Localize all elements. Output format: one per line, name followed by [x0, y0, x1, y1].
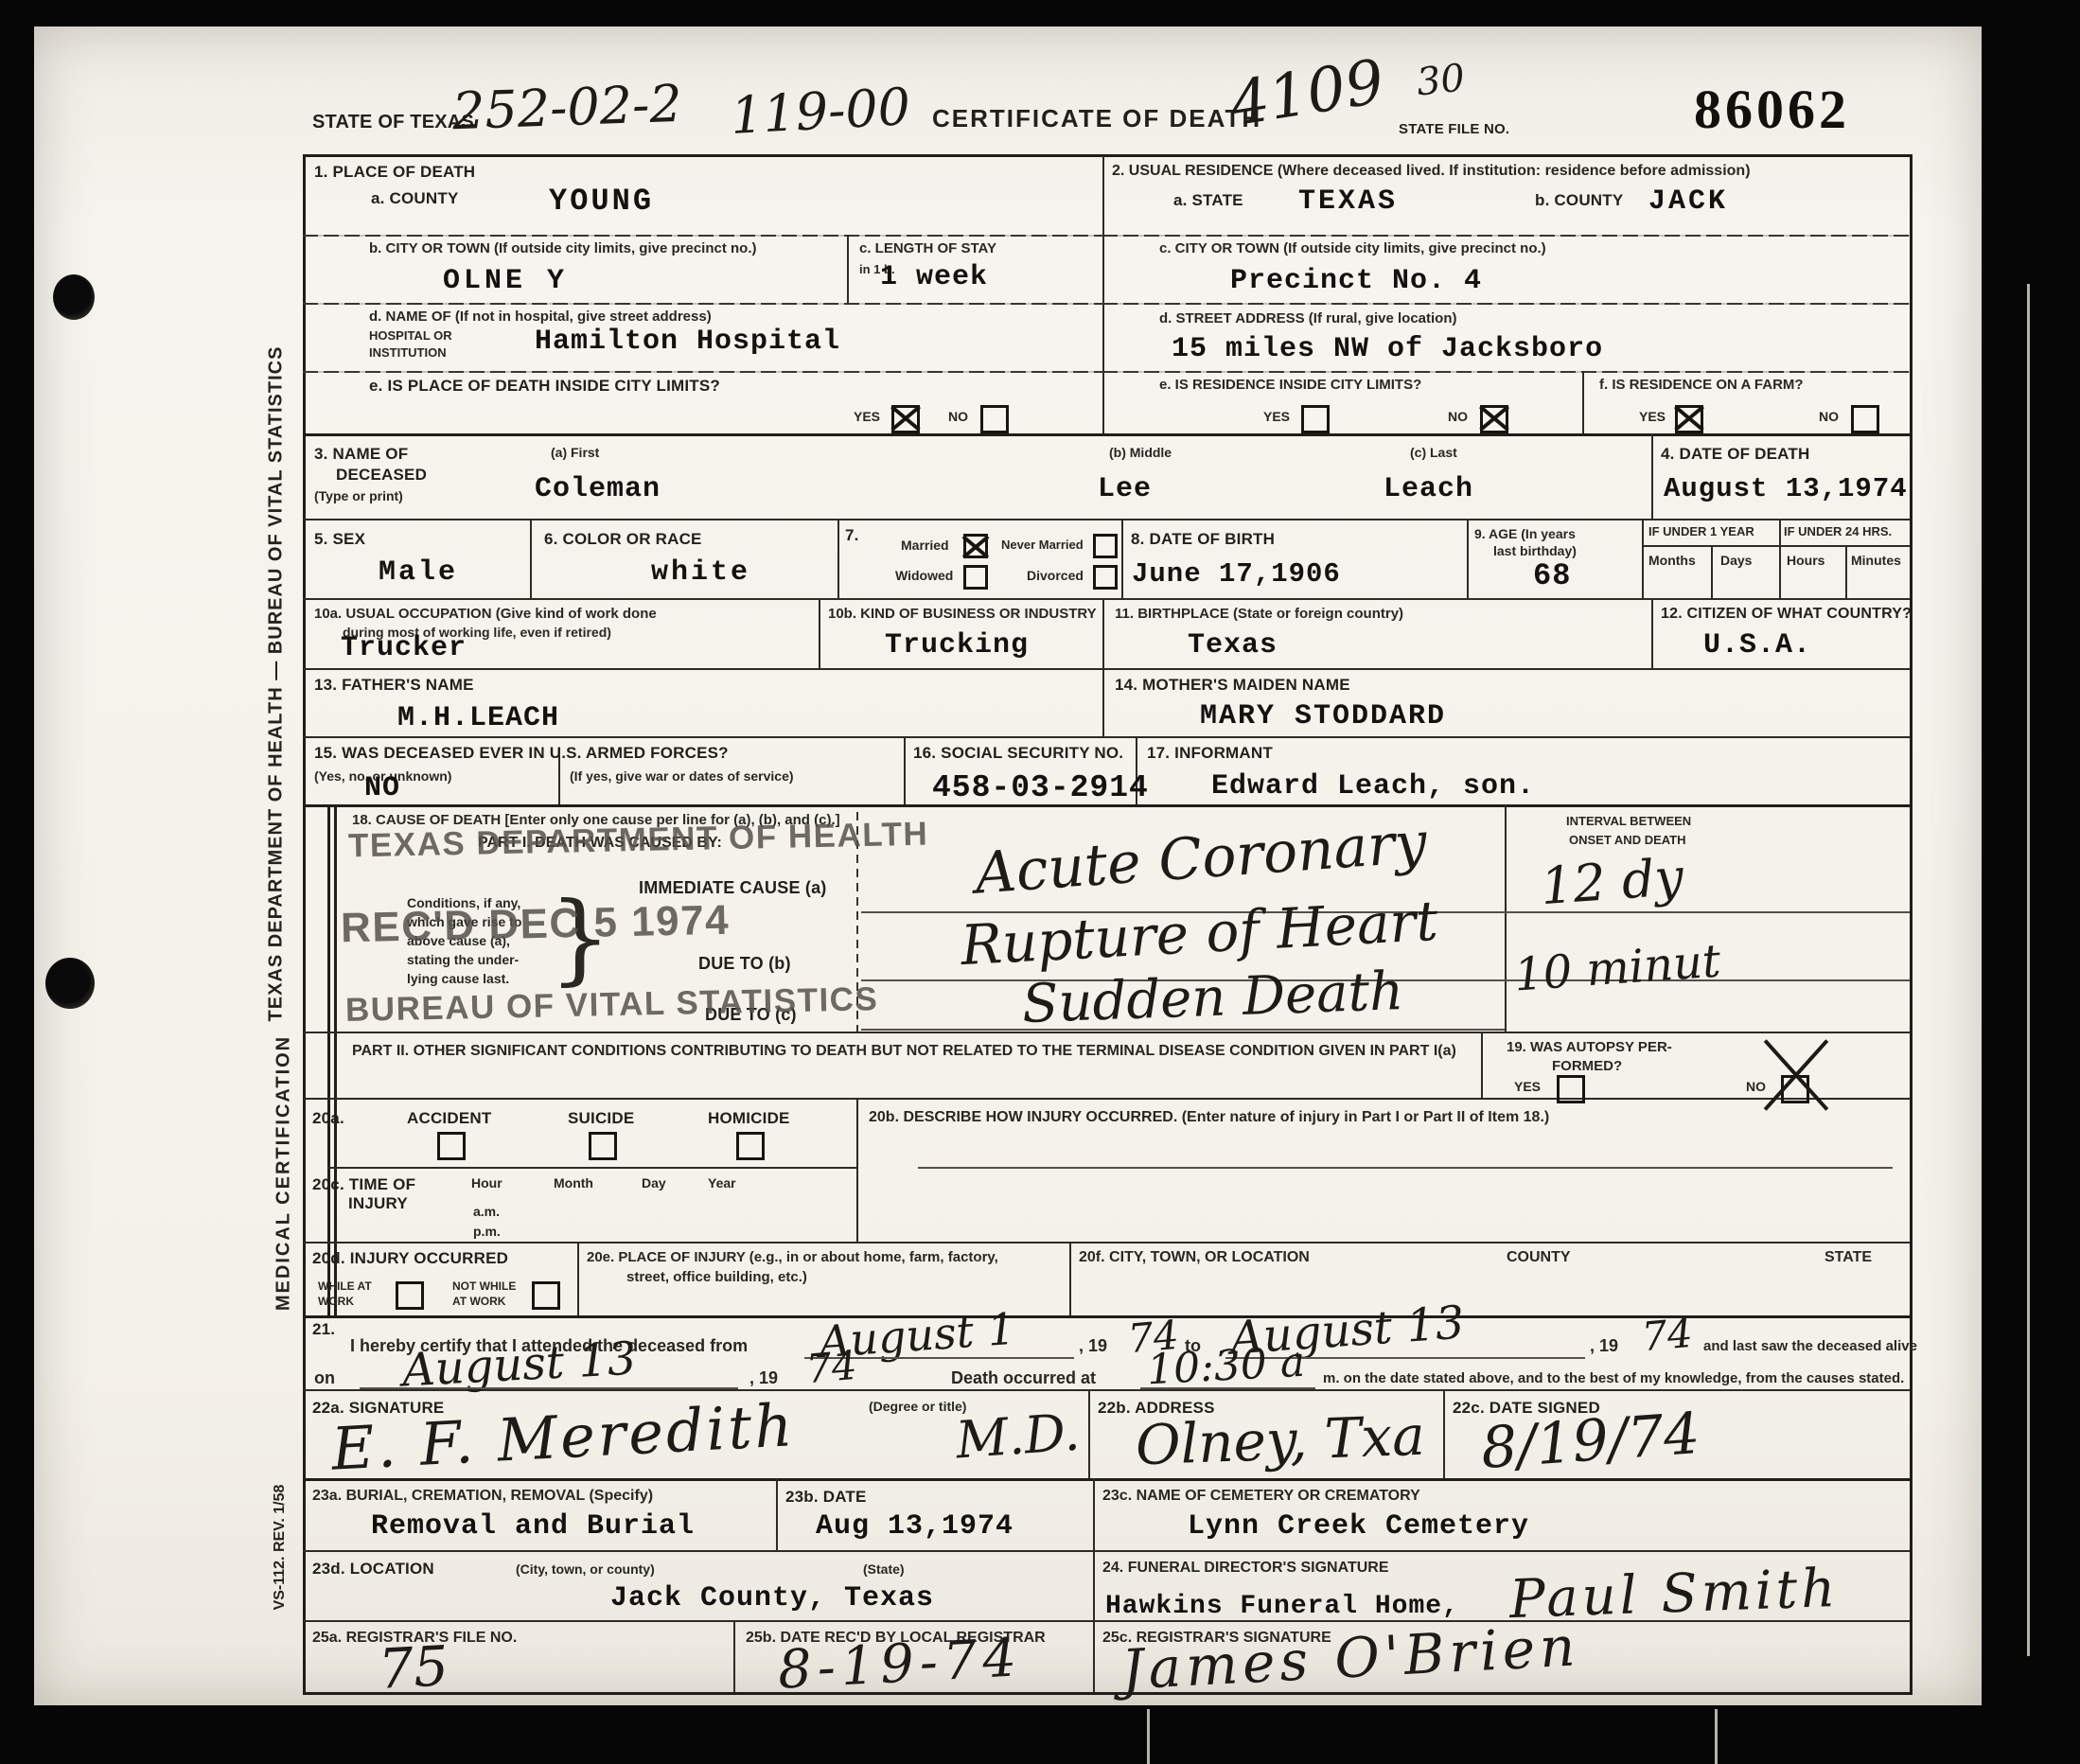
burial-date-value: Aug 13,1974	[816, 1510, 1014, 1543]
burial-location-label: 23d. LOCATION	[312, 1560, 434, 1579]
married-label: Married	[901, 538, 949, 553]
residence-county-value: JACK	[1648, 185, 1728, 218]
city-town-county-sub-label: (City, town, or county)	[516, 1561, 655, 1577]
immediate-cause-label: IMMEDIATE CAUSE (a)	[639, 878, 826, 898]
armed-forces-value: NO	[364, 772, 400, 804]
district-code-handwritten: 252-02-2	[451, 74, 683, 141]
birthplace-value: Texas	[1188, 629, 1278, 661]
checkbox-death-city-limits-yes	[891, 405, 920, 433]
hospital-or-label: HOSPITAL OR	[369, 328, 452, 343]
accident-section-label: 20a.	[312, 1109, 344, 1128]
death-city-limits-no-label: NO	[948, 409, 968, 424]
age-label-line1: 9. AGE (In years	[1474, 526, 1576, 541]
sidebar-department-text: TEXAS DEPARTMENT OF HEALTH — BUREAU OF V…	[266, 310, 288, 1058]
residence-on-farm-label: f. IS RESIDENCE ON A FARM?	[1599, 377, 1804, 393]
interval-label-line1: INTERVAL BETWEEN	[1566, 814, 1691, 828]
color-or-race-value: white	[651, 556, 750, 589]
residence-state-label: a. STATE	[1173, 191, 1243, 210]
certificate-number: 86062	[1694, 78, 1850, 141]
state-sub-label: (State)	[863, 1561, 905, 1577]
mothers-maiden-name-label: 14. MOTHER'S MAIDEN NAME	[1115, 676, 1350, 695]
date-of-birth-value: June 17,1906	[1132, 558, 1341, 590]
residence-city-limits-no-label: NO	[1448, 409, 1468, 424]
date-of-death-value: August 13,1974	[1664, 473, 1908, 504]
registrar-file-no-handwritten: 75	[377, 1633, 449, 1702]
cemetery-label: 23c. NAME OF CEMETERY OR CREMATORY	[1102, 1488, 1420, 1505]
residence-county-label: b. COUNTY	[1535, 191, 1623, 210]
middle-name-value: Lee	[1098, 473, 1152, 505]
citizen-value: U.S.A.	[1703, 629, 1811, 661]
injury-occurred-label: 20d. INJURY OCCURRED	[312, 1249, 508, 1268]
injury-city-label: 20f. CITY, TOWN, OR LOCATION	[1079, 1249, 1310, 1266]
place-of-death-title: 1. PLACE OF DEATH	[314, 163, 475, 182]
interval-a-handwritten: 12 dy	[1539, 847, 1685, 916]
certify-text-9: m. on the date stated above, and to the …	[1323, 1370, 1904, 1386]
burial-location-value: Jack County, Texas	[610, 1582, 934, 1614]
interval-label-line2: ONSET AND DEATH	[1569, 833, 1686, 847]
age-value: 68	[1533, 558, 1571, 593]
occupation-value: Trucker	[341, 632, 467, 664]
funeral-director-label: 24. FUNERAL DIRECTOR'S SIGNATURE	[1102, 1560, 1389, 1577]
sex-value: Male	[379, 556, 458, 589]
middle-name-label: (b) Middle	[1109, 445, 1172, 460]
burial-label: 23a. BURIAL, CREMATION, REMOVAL (Specify…	[312, 1488, 653, 1505]
checkbox-not-while-at-work	[532, 1281, 560, 1310]
first-name-label: (a) First	[551, 445, 599, 460]
last-name-value: Leach	[1384, 473, 1473, 505]
state-file-no-label: STATE FILE NO.	[1399, 121, 1509, 137]
county-label: a. COUNTY	[371, 189, 458, 208]
place-of-injury-label-line2: street, office building, etc.)	[626, 1269, 807, 1285]
day-label: Day	[642, 1175, 666, 1191]
cemetery-value: Lynn Creek Cemetery	[1188, 1510, 1529, 1543]
informant-label: 17. INFORMANT	[1147, 744, 1273, 763]
autopsy-label-line1: 19. WAS AUTOPSY PER-	[1507, 1039, 1672, 1055]
volume-number-handwritten: 30	[1415, 56, 1467, 104]
city-or-town-label: b. CITY OR TOWN (If outside city limits,…	[369, 240, 757, 256]
death-time-handwritten: 10:30 a	[1146, 1338, 1306, 1395]
fathers-name-value: M.H.LEACH	[397, 702, 559, 734]
street-address-label: d. STREET ADDRESS (If rural, give locati…	[1159, 310, 1456, 326]
residence-city-value: Precinct No. 4	[1230, 265, 1482, 297]
informant-value: Edward Leach, son.	[1211, 770, 1535, 803]
accident-label: ACCIDENT	[407, 1109, 491, 1128]
certify-text-5: and last saw the deceased alive	[1703, 1338, 1917, 1354]
never-married-label: Never Married	[1001, 538, 1084, 552]
checkbox-residence-city-limits-yes	[1301, 405, 1330, 433]
funeral-home-value: Hawkins Funeral Home,	[1105, 1592, 1459, 1621]
age-label-line2: last birthday)	[1493, 543, 1577, 558]
certificate-title: CERTIFICATE OF DEATH	[932, 104, 1261, 133]
stamp-line2: REC'D DEC 5 1974	[341, 897, 731, 953]
burial-value: Removal and Burial	[371, 1510, 695, 1543]
city-or-town-value: OLNE Y	[443, 265, 568, 297]
suicide-label: SUICIDE	[568, 1109, 634, 1128]
certify-text-4: , 19	[1590, 1336, 1618, 1356]
death-inside-city-limits-label: e. IS PLACE OF DEATH INSIDE CITY LIMITS?	[369, 377, 720, 396]
checkbox-homicide	[736, 1132, 765, 1160]
burial-date-label: 23b. DATE	[785, 1488, 867, 1507]
checkbox-widowed	[963, 565, 988, 590]
not-while-at-work-label-line2: AT WORK	[452, 1295, 505, 1308]
checkbox-death-city-limits-no	[980, 405, 1009, 433]
last-seen-year-handwritten: 74	[804, 1342, 859, 1392]
months-label: Months	[1648, 553, 1696, 568]
checkbox-autopsy-yes	[1557, 1075, 1585, 1103]
scan-artifact	[1715, 1709, 1718, 1764]
if-under-1-year-label: IF UNDER 1 YEAR	[1648, 524, 1754, 538]
days-label: Days	[1720, 553, 1752, 568]
checkbox-accident	[437, 1132, 466, 1160]
length-of-stay-value: 1 week	[880, 261, 988, 293]
certify-text-2: , 19	[1079, 1336, 1107, 1356]
occupation-label-line1: 10a. USUAL OCCUPATION (Give kind of work…	[314, 606, 657, 622]
length-of-stay-label: c. LENGTH OF STAY	[859, 240, 996, 256]
hole-punch-bottom	[45, 958, 95, 1009]
month-label: Month	[554, 1175, 593, 1191]
physician-address-handwritten: Olney, Txa	[1135, 1403, 1426, 1478]
autopsy-no-x-mark	[1755, 1030, 1837, 1120]
certify-text-7: , 19	[749, 1368, 778, 1388]
business-industry-value: Trucking	[885, 629, 1029, 661]
institution-label: INSTITUTION	[369, 345, 447, 360]
first-name-value: Coleman	[535, 473, 661, 505]
residence-city-limits-yes-label: YES	[1263, 409, 1290, 424]
autopsy-yes-label: YES	[1514, 1079, 1541, 1094]
county-value: YOUNG	[549, 184, 654, 219]
armed-forces-label: 15. WAS DECEASED EVER IN U.S. ARMED FORC…	[314, 744, 729, 763]
social-security-value: 458-03-2914	[932, 770, 1149, 805]
file-code-handwritten: 119-00	[729, 77, 911, 146]
pm-label: p.m.	[473, 1224, 501, 1239]
checkbox-married	[963, 534, 988, 558]
hospital-name-label: d. NAME OF (If not in hospital, give str…	[369, 309, 712, 325]
sidebar-medical-certification-text: MEDICAL CERTIFICATION	[273, 984, 295, 1363]
checkbox-suicide	[589, 1132, 617, 1160]
date-received-handwritten: 8-19-74	[776, 1627, 1023, 1701]
checkbox-never-married	[1093, 534, 1118, 558]
checkbox-divorced	[1093, 565, 1118, 590]
deceased-label: DECEASED	[336, 466, 427, 485]
type-or-print-label: (Type or print)	[314, 488, 403, 503]
armed-forces-sub2-label: (If yes, give war or dates of service)	[570, 768, 794, 784]
date-of-birth-label: 8. DATE OF BIRTH	[1131, 530, 1275, 549]
sex-label: 5. SEX	[314, 530, 365, 549]
not-while-at-work-label-line1: NOT WHILE	[452, 1279, 516, 1293]
mothers-maiden-name-value: MARY STODDARD	[1200, 700, 1446, 732]
date-of-death-label: 4. DATE OF DEATH	[1661, 445, 1809, 464]
attended-to-year-handwritten: 74	[1640, 1310, 1695, 1360]
residence-city-limits-label: e. IS RESIDENCE INSIDE CITY LIMITS?	[1159, 377, 1421, 393]
widowed-label: Widowed	[895, 568, 953, 583]
describe-injury-label: 20b. DESCRIBE HOW INJURY OCCURRED. (Ente…	[869, 1109, 1549, 1126]
due-to-b-label: DUE TO (b)	[698, 954, 791, 974]
marital-status-label: 7.	[845, 526, 859, 545]
place-of-injury-label-line1: 20e. PLACE OF INJURY (e.g., in or about …	[587, 1249, 998, 1265]
business-industry-label: 10b. KIND OF BUSINESS OR INDUSTRY	[828, 606, 1097, 622]
if-under-24-hrs-label: IF UNDER 24 HRS.	[1784, 524, 1892, 538]
certify-text-8: Death occurred at	[951, 1368, 1096, 1388]
last-name-label: (c) Last	[1410, 445, 1457, 460]
sidebar-form-number-text: VS-112. REV. 1/58	[272, 1434, 289, 1661]
checkbox-farm-yes	[1675, 405, 1703, 433]
certify-text-6: on	[314, 1368, 335, 1388]
color-or-race-label: 6. COLOR OR RACE	[544, 530, 702, 549]
certify-section-number: 21.	[312, 1320, 335, 1339]
residence-state-value: TEXAS	[1298, 185, 1398, 218]
street-address-value: 15 miles NW of Jacksboro	[1172, 333, 1603, 365]
state-of-texas-label: STATE OF TEXAS	[312, 112, 474, 133]
checkbox-residence-city-limits-no	[1480, 405, 1508, 433]
social-security-label: 16. SOCIAL SECURITY NO.	[913, 744, 1123, 763]
divorced-label: Divorced	[1027, 568, 1084, 583]
hospital-value: Hamilton Hospital	[535, 326, 840, 358]
residence-city-label: c. CITY OR TOWN (If outside city limits,…	[1159, 240, 1546, 256]
autopsy-label-line2: FORMED?	[1552, 1058, 1622, 1074]
while-at-work-label-line2: WORK	[318, 1295, 354, 1308]
name-of-deceased-label: 3. NAME OF	[314, 445, 408, 464]
hole-punch-top	[53, 274, 95, 320]
birthplace-label: 11. BIRTHPLACE (State or foreign country…	[1115, 606, 1403, 622]
death-city-limits-yes-label: YES	[854, 409, 880, 424]
usual-residence-title: 2. USUAL RESIDENCE (Where deceased lived…	[1112, 163, 1751, 180]
scan-artifact	[1147, 1709, 1150, 1764]
scan-artifact	[2027, 284, 2030, 1656]
am-label: a.m.	[473, 1204, 500, 1219]
homicide-label: HOMICIDE	[708, 1109, 790, 1128]
hours-label: Hours	[1787, 553, 1824, 568]
farm-yes-label: YES	[1639, 409, 1666, 424]
checkbox-farm-no	[1851, 405, 1879, 433]
checkbox-while-at-work	[396, 1281, 424, 1310]
time-of-injury-label-line2: INJURY	[348, 1194, 408, 1213]
part2-text: PART II. OTHER SIGNIFICANT CONDITIONS CO…	[352, 1043, 1456, 1060]
injury-county-label: COUNTY	[1507, 1249, 1571, 1266]
fathers-name-label: 13. FATHER'S NAME	[314, 676, 474, 695]
death-certificate-scan: TEXAS DEPARTMENT OF HEALTH — BUREAU OF V…	[0, 0, 2080, 1764]
degree-handwritten: M.D.	[954, 1402, 1082, 1471]
conditions-label-5: lying cause last.	[407, 971, 509, 986]
while-at-work-label-line1: WHILE AT	[318, 1279, 372, 1293]
injury-state-label: STATE	[1824, 1249, 1872, 1266]
farm-no-label: NO	[1819, 409, 1839, 424]
time-of-injury-label-line1: 20c. TIME OF	[312, 1175, 415, 1194]
citizen-label: 12. CITIZEN OF WHAT COUNTRY?	[1661, 606, 1912, 623]
year-label: Year	[708, 1175, 736, 1191]
conditions-label-4: stating the under-	[407, 952, 519, 967]
hour-label: Hour	[471, 1175, 502, 1191]
degree-or-title-label: (Degree or title)	[869, 1399, 966, 1414]
minutes-label: Minutes	[1851, 553, 1901, 568]
